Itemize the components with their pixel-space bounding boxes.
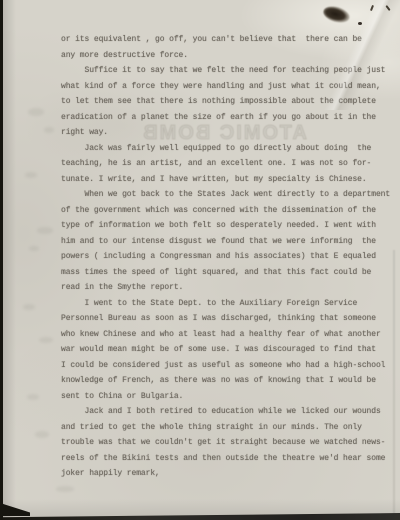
paper-stain: [37, 227, 53, 234]
paper-stain: [56, 486, 74, 492]
paper-stain: [29, 246, 39, 251]
paper-stain: [44, 127, 54, 133]
paper-stain: [27, 394, 39, 400]
scan-edge-left: [0, 0, 3, 520]
scanned-document-page: ATOMIC BOMB or its equivalent , go off, …: [0, 0, 400, 520]
paper-stain: [25, 172, 37, 178]
paper-crease: [393, 250, 395, 520]
paper-crease: [320, 0, 400, 110]
paper-stain: [23, 304, 35, 310]
paper-stain: [35, 431, 49, 438]
scan-edge-corner: [0, 502, 30, 516]
paper-stain: [28, 108, 44, 116]
scan-edge-bottom: [0, 513, 400, 520]
paper-stain: [39, 337, 53, 343]
